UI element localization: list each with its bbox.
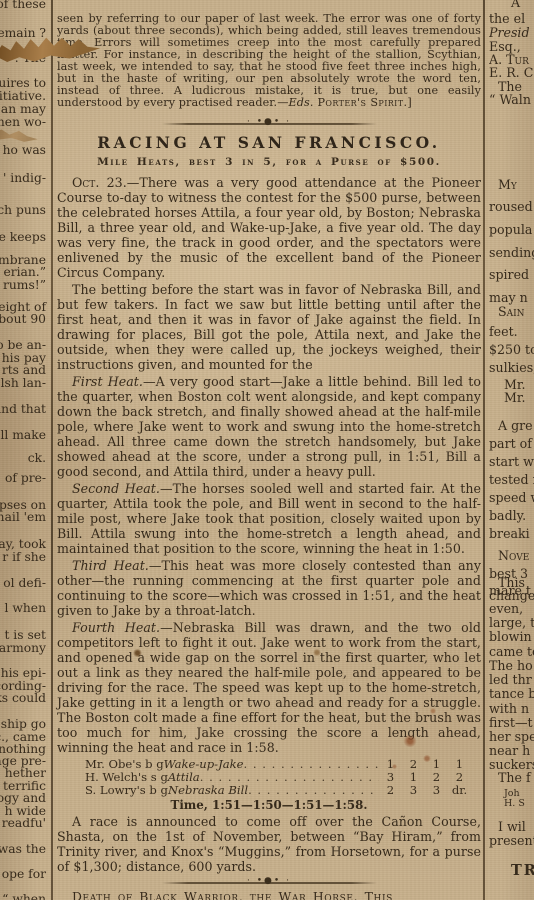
divider-ornament: · •●• · <box>162 876 377 886</box>
right-column-fragment: tested f <box>489 473 534 486</box>
left-column-fragment: “ when <box>2 893 46 900</box>
heat-text: —Nebraska Bill was drawn, and the two ol… <box>57 620 481 755</box>
right-column-fragment: sending <box>489 246 534 259</box>
heat-placing: dr. <box>448 784 471 797</box>
right-partial-column: Athe elPresidEsq.,A. TurE. R. CThe“ Waln… <box>489 0 534 900</box>
right-column-fragment: present <box>489 834 534 847</box>
right-column-fragment: E. R. C <box>489 66 533 79</box>
heat-placing: 1 <box>448 758 471 771</box>
right-column-fragment: H. S <box>489 797 525 810</box>
heat-text: —A very good start—Jake a little behind.… <box>57 374 481 479</box>
left-column-fragment: readfu' <box>2 817 46 830</box>
right-column-fragment: large, t <box>489 616 534 629</box>
right-column-fragment: Presid <box>489 26 530 39</box>
right-column-fragment: TR <box>489 864 534 877</box>
dot-leader: . . . . . . . . . . . . . . . . . . . . … <box>244 758 379 771</box>
right-column-fragment: spired <box>489 268 529 281</box>
dot-leader: . . . . . . . . . . . . . . . . . . . . … <box>200 771 379 784</box>
heat-placing: 3 <box>425 784 448 797</box>
left-column-fragment: ck. <box>28 452 46 465</box>
right-column-fragment: My <box>489 178 517 191</box>
right-column-fragment: sulkies, <box>489 361 534 374</box>
left-column-fragment: armony <box>0 642 46 655</box>
right-column-fragment: may n <box>489 291 528 304</box>
left-column-fragment: ope for <box>2 868 46 881</box>
right-column-fragment: $250 to <box>489 343 534 356</box>
heat-placing: 1 <box>425 758 448 771</box>
editor-note-signature: Porter's Spirit.] <box>314 96 413 109</box>
heat-times: Time, 1:51—1:50—1:51—1:58. <box>57 798 481 812</box>
editor-note: seen by referring to our paper of last w… <box>57 11 481 108</box>
next-article-clipped-heading: Death of Black Warrior, the War Horse. T… <box>57 889 481 900</box>
right-column-fragment: Nove <box>489 549 529 562</box>
left-column-fragment: l when <box>5 602 46 615</box>
paragraph-dateline: Oct. 23.—There was a very good attendanc… <box>57 175 481 280</box>
left-column-fragment: hail 'em <box>0 511 46 524</box>
right-column-fragment: popula <box>489 223 532 236</box>
right-column-fragment: Mr. <box>489 391 526 404</box>
right-column-fragment: Sain <box>489 305 525 318</box>
race-results-table: Mr. Obe's b g Wake-up-Jake. . . . . . . … <box>85 758 471 798</box>
left-column-fragment: ks could <box>0 692 46 705</box>
right-column-fragment: near h <box>489 744 530 757</box>
left-column-fragment: hen wo- <box>0 116 46 129</box>
result-owner: Mr. Obe's b g <box>85 758 164 771</box>
right-column-fragment: with n <box>489 702 529 715</box>
paragraph-third-heat: Third Heat.—This heat was more closely c… <box>57 558 481 618</box>
right-column-fragment: roused <box>489 200 533 213</box>
paragraph-first-heat: First Heat.—A very good start—Jake a lit… <box>57 374 481 479</box>
divider-ornament: · •●• · <box>162 117 377 127</box>
heat-lead: Third Heat. <box>72 558 149 573</box>
left-column-fragment: remain ? <box>0 27 46 40</box>
right-column-fragment: tance b <box>489 687 534 700</box>
heat-lead: Fourth Heat. <box>72 620 160 635</box>
right-column-fragment: blowin <box>489 630 532 643</box>
right-column-fragment: I wil <box>489 820 526 833</box>
left-column-fragment: ol defi- <box>3 577 46 590</box>
right-column-fragment: A gre <box>489 419 533 432</box>
right-column-fragment: badly. <box>489 509 526 522</box>
editor-note-eds: —Eds. <box>277 96 313 109</box>
results-row: Mr. Obe's b g Wake-up-Jake. . . . . . . … <box>85 758 471 771</box>
left-column-fragment: lsh lan- <box>1 377 46 390</box>
heat-placing: 2 <box>402 758 425 771</box>
dateline: Oct. 23. <box>72 175 127 190</box>
right-column-fragment: her spe <box>489 730 534 743</box>
left-column-fragment: ch puns <box>0 204 46 217</box>
heat-lead: Second Heat. <box>72 481 160 496</box>
right-column-fragment: The f <box>489 771 531 784</box>
heat-placing: 2 <box>379 784 402 797</box>
article-subtitle: Mile Heats, best 3 in 5, for a Purse of … <box>57 156 481 168</box>
right-column-fragment: A <box>489 0 520 9</box>
paragraph-second-heat: Second Heat.—The horses sooled well and … <box>57 481 481 556</box>
right-column-fragment: part of <box>489 437 532 450</box>
ornamental-divider-bottom: · •●• · <box>162 879 377 886</box>
left-column-fragment: of these <box>0 0 46 11</box>
heat-placing: 1 <box>379 758 402 771</box>
right-column-fragment: came to <box>489 645 534 658</box>
left-column-fragment: rums!” <box>3 279 46 292</box>
right-column-fragment: “ Waln <box>489 93 531 106</box>
heat-placing: 3 <box>402 784 425 797</box>
article-title: RACING AT SAN FRANCISCO. <box>57 133 481 152</box>
paragraph-text: —There was a very good attendance at the… <box>57 175 481 280</box>
left-column-fragment: ' indig- <box>3 172 46 185</box>
left-column-fragment: ho was <box>3 144 46 157</box>
main-article-column: seen by referring to our paper of last w… <box>57 0 481 900</box>
right-column-fragment: even, <box>489 602 523 615</box>
result-horse-name: Nebraska Bill <box>168 784 248 797</box>
paragraph-betting: The betting before the start was in favo… <box>57 282 481 372</box>
result-owner: S. Lowry's b g <box>85 784 168 797</box>
editor-note-text: seen by referring to our paper of last w… <box>57 12 481 108</box>
heat-lead: First Heat. <box>72 374 143 389</box>
ornamental-divider-top: · •●• · <box>162 120 377 127</box>
left-column-fragment: ll make <box>1 429 47 442</box>
dot-leader: . . . . . . . . . . . . . . . . . . . . … <box>248 784 379 797</box>
left-column-fragment: bout 90 <box>0 313 46 326</box>
left-column-fragment: of pre- <box>5 472 46 485</box>
results-row: S. Lowry's b g Nebraska Bill. . . . . . … <box>85 784 471 797</box>
right-column-fragment: start w <box>489 455 534 468</box>
left-column-fragment: r if she <box>2 551 46 564</box>
right-column-fragment: led thr <box>489 673 532 686</box>
right-column-fragment: breaki <box>489 527 530 540</box>
left-column-fragment: was the <box>0 843 46 856</box>
result-horse-name: Wake-up-Jake <box>164 758 244 771</box>
right-column-fragment: first—t <box>489 716 533 729</box>
right-column-fragment: the el <box>489 12 525 25</box>
column-rule-left <box>51 0 53 900</box>
left-column-fragment: e keeps <box>0 231 46 244</box>
right-column-fragment: speed w <box>489 491 534 504</box>
paragraph-announcement: A race is announced to come off over the… <box>57 814 481 874</box>
column-rule-right <box>483 0 485 900</box>
right-column-fragment: feet. <box>489 325 518 338</box>
paragraph-fourth-heat: Fourth Heat.—Nebraska Bill was drawn, an… <box>57 620 481 755</box>
newspaper-page: of theseremain ?. Theuires toitiative.an… <box>0 0 534 900</box>
right-column-fragment: The ho <box>489 659 533 672</box>
left-column-fragment: and that <box>0 403 46 416</box>
